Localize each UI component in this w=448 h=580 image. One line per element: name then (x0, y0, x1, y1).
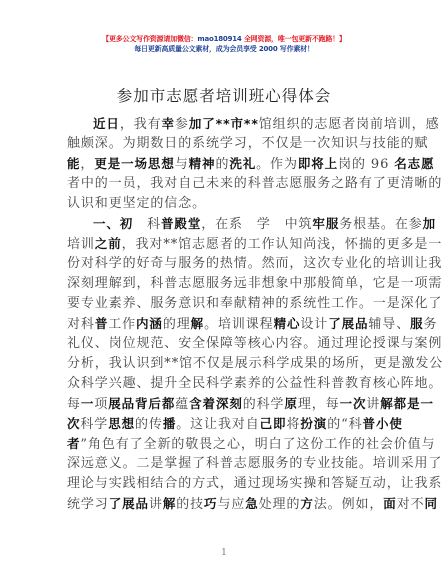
bold-text: 一、初 (93, 216, 133, 231)
text: 众科学兴趣、提升全民科学素养的公益性科普教育核心阵地。 (67, 376, 442, 391)
text: ”角色有了全新的敬畏之心，明白了这份工作的社会价值与 (80, 437, 435, 452)
wechat-id: mao180914 (197, 35, 241, 43)
text: 的“科 (327, 417, 362, 432)
text: 。培训课程 (204, 317, 274, 332)
text: 者中的一员，我对自己未来的科普志愿服务之路有了更清晰的 (67, 176, 442, 191)
body-line: 一、初 科普殿堂，在系 学 中筑牢服务根基。在参加 (67, 214, 385, 234)
text: 对不 (397, 497, 425, 512)
bold-text: 普小使 (363, 416, 403, 431)
promo-banner-line-2: 每日更新高质量公文素材，成为会员享受 2000 写作素材！ (0, 44, 448, 54)
bold-text: 普殿堂 (161, 216, 201, 231)
text: 要专业素养、服务意识和奉献精神的系统性工作。一是深化了 (67, 296, 442, 311)
text: 的理 (163, 317, 191, 332)
text: 的 (215, 157, 229, 172)
promo-count: 2000 (259, 45, 278, 53)
text: 深刻理解到，科普志愿服务远非想象中那般简单，它是一项需 (67, 276, 442, 291)
text: 参 (175, 117, 189, 132)
bold-text: 展品背后都 (108, 396, 175, 411)
text: 的科学 (243, 397, 285, 412)
text: 的技 (176, 497, 204, 512)
text: 蕴 (175, 397, 189, 412)
text: 与应 (217, 497, 245, 512)
text: 认识和更坚定的信念。 (67, 196, 206, 211)
text: ， (80, 157, 94, 172)
text: ，在系 学 中筑 (201, 217, 312, 232)
bold-text: 者 (67, 436, 80, 451)
bold-text: 幸 (162, 116, 175, 131)
bold-text: 解 (191, 316, 204, 331)
text: 培训 (67, 237, 95, 252)
text: 务 (424, 317, 438, 332)
bold-text: 己即 (260, 416, 287, 431)
body-line: 对科普工作内涵的理解。培训课程精心设计了展品辅导、服务 (67, 314, 385, 334)
body-line: 者”角色有了全新的敬畏之心，明白了这份工作的社会价值与 (67, 434, 385, 454)
text: 每 (67, 397, 81, 412)
text: 礼仪、岗位规范、安全保障等核心内容。通过理论授课与案例 (67, 336, 442, 351)
document-title: 参加市志愿者培训班心得体会 (0, 84, 448, 106)
text: ，我有 (120, 117, 162, 132)
body-line: 能，更是一场思想与精神的洗礼。作为即将上岗的 96 名志愿 (67, 154, 385, 174)
bold-text: 一次 (340, 396, 367, 411)
body-line: 者中的一员，我对自己未来的科普志愿服务之路有了更清晰的 (67, 174, 385, 194)
bold-text: 了展品 (328, 316, 368, 331)
text: 科 (133, 217, 161, 232)
bold-text: 了展品 (109, 496, 149, 511)
bold-text: 能 (67, 156, 80, 171)
bold-text: 方 (300, 496, 313, 511)
text: 。作为 (256, 157, 298, 172)
body-line: 每一项展品背后都蕴含着深刻的科学原理，每一次讲解都是一 (67, 394, 385, 414)
bold-text: 加了**市** (189, 116, 259, 131)
promo-text: 全网资源，唯一包更新不跑路！】 (242, 35, 346, 43)
body-line: 深刻理解到，科普志愿服务远非想象中那般简单，它是一项需 (67, 274, 385, 294)
page-number: 1 (0, 548, 448, 558)
bold-text: 思想 (108, 416, 135, 431)
body-line: 份对科学的好奇与服务的热情。然而，这次专业化的培训让我 (67, 254, 385, 274)
bold-text: 扮演 (300, 416, 327, 431)
text: 处理的 (259, 497, 301, 512)
text: 科学 (80, 417, 108, 432)
bold-text: 加 (423, 216, 436, 231)
body-line: 理论与实践相结合的方式，通过现场实操和答疑互动，让我系 (67, 474, 385, 494)
bold-text: 服 (410, 316, 423, 331)
text: 对科 (67, 317, 95, 332)
body-line: 次科学思想的传播。这让我对自己即将扮演的“科普小使 (67, 414, 385, 434)
bold-text: 含着深刻 (189, 396, 243, 411)
text: ，我对**馆志愿者的工作认知尚浅，怀揣的更多是一 (122, 237, 443, 252)
body-line: 分析，我认识到**馆不仅是展示科学成果的场所，更是激发公 (67, 354, 385, 374)
document-body: 近日，我有幸参加了**市**馆组织的志愿者岗前培训，感触颇深。为期数日的系统学习… (67, 114, 385, 514)
text: 设计 (300, 317, 328, 332)
bold-text: 急 (245, 496, 258, 511)
text: 辅导、 (368, 317, 410, 332)
document-page: 【更多公文写作资源请加微信：mao180914 全网资源，唯一包更新不跑路！】 … (0, 0, 448, 580)
text: 馆组织的志愿者岗前培训，感 (259, 117, 440, 132)
text: 统学习 (67, 497, 109, 512)
body-line: 培训之前，我对**馆志愿者的工作认知尚浅，怀揣的更多是一 (67, 234, 385, 254)
text: 工作 (108, 317, 136, 332)
bold-text: 解 (163, 496, 176, 511)
bold-text: 名志愿 (394, 156, 434, 171)
text: 份对科学的好奇与服务的热情。然而，这次专业化的培训让我 (67, 256, 442, 271)
bold-text: 内涵 (136, 316, 163, 331)
body-line: 认识和更坚定的信念。 (67, 194, 385, 214)
body-line: 触颇深。为期数日的系统学习，不仅是一次知识与技能的赋 (67, 134, 385, 154)
text: 法。例如， (314, 497, 384, 512)
text: 将 (286, 417, 300, 432)
text: 理，每 (298, 397, 340, 412)
bold-text: 之前 (95, 236, 122, 251)
text: 讲 (366, 397, 380, 412)
bold-text: 即将上 (298, 156, 338, 171)
text: 分析，我认识到**馆不仅是展示科学成果的场所，更是激发公 (67, 356, 443, 371)
promo-text: 每日更新高质量公文素材，成为会员享受 (134, 45, 259, 53)
bold-text: 面 (383, 496, 396, 511)
bold-text: 洗礼 (229, 156, 256, 171)
bold-text: 精神 (189, 156, 216, 171)
promo-text: 【更多公文写作资源请加微信： (102, 35, 197, 43)
promo-banner-line-1: 【更多公文写作资源请加微信：mao180914 全网资源，唯一包更新不跑路！】 (0, 34, 448, 44)
body-line: 礼仪、岗位规范、安全保障等核心内容。通过理论授课与案例 (67, 334, 385, 354)
text: 理论与实践相结合的方式，通过现场实操和答疑互动，让我系 (67, 476, 442, 491)
text: 讲 (149, 497, 163, 512)
promo-text: 写作素材！ (278, 45, 314, 53)
body-line: 众科学兴趣、提升全民科学素养的公益性科普教育核心阵地。 (67, 374, 385, 394)
bold-text: 巧 (204, 496, 217, 511)
bold-text: 精心 (274, 316, 301, 331)
text: 岗的 96 (338, 157, 394, 172)
bold-text: 更是一场思想 (94, 156, 174, 171)
bold-text: 一 (81, 396, 94, 411)
bold-text: 解都是一 (380, 396, 434, 411)
text: 务根基。在参 (339, 217, 422, 232)
bold-text: 原 (284, 396, 297, 411)
bold-text: 普 (95, 316, 108, 331)
text: 深远意义。二是掌握了科普志愿服务的专业技能。培训采用了 (67, 456, 442, 471)
bold-text: 次 (67, 416, 80, 431)
bold-text: 播 (163, 416, 176, 431)
text: 的传 (135, 417, 163, 432)
text: 。这让我对自 (176, 417, 259, 432)
text: 触颇深。为期数日的系统学习，不仅是一次知识与技能的赋 (67, 136, 428, 151)
bold-text: 同 (425, 496, 438, 511)
text: 项 (94, 397, 108, 412)
body-line: 近日，我有幸参加了**市**馆组织的志愿者岗前培训，感 (67, 114, 385, 134)
bold-text: 牢服 (312, 216, 339, 231)
body-line: 深远意义。二是掌握了科普志愿服务的专业技能。培训采用了 (67, 454, 385, 474)
text: 与 (175, 157, 189, 172)
body-line: 统学习了展品讲解的技巧与应急处理的方法。例如，面对不同 (67, 494, 385, 514)
body-line: 要专业素养、服务意识和奉献精神的系统性工作。一是深化了 (67, 294, 385, 314)
bold-text: 近日 (93, 116, 120, 131)
